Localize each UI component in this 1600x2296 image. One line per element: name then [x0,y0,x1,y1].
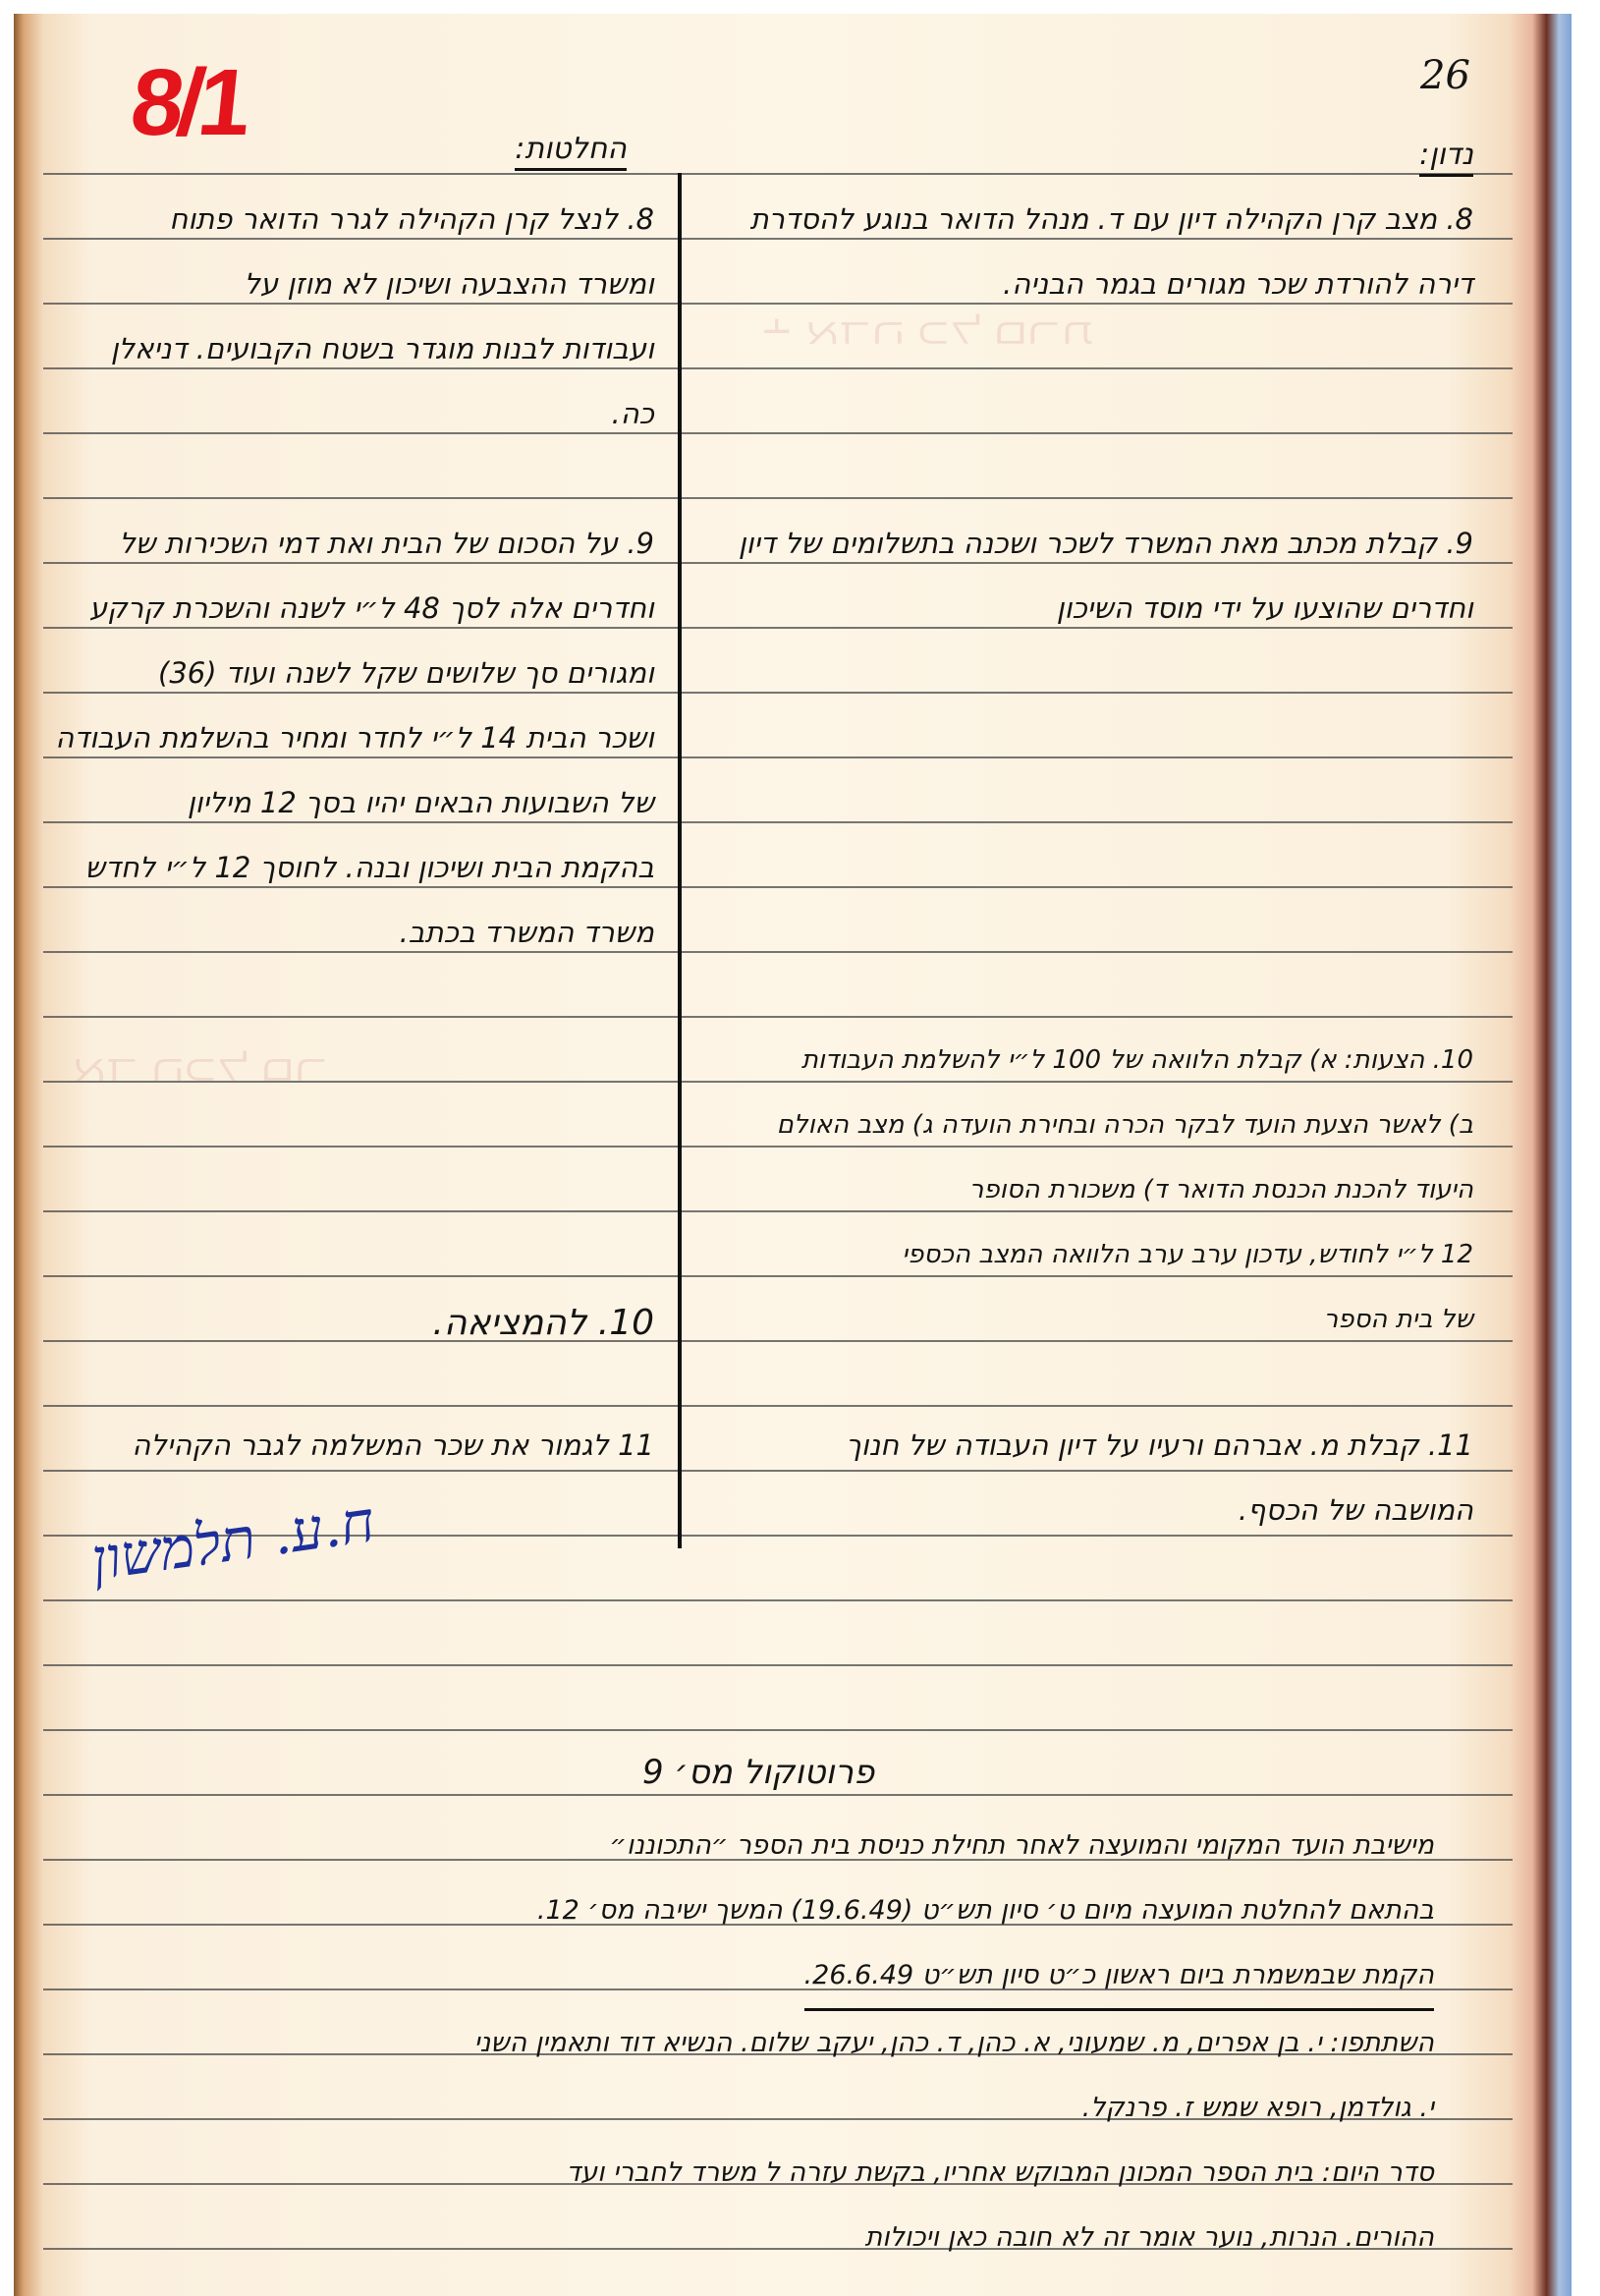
text-line: משרד המשרד בכתב. [55,900,654,965]
archive-mark: 8/1 [126,49,250,157]
text-line: ושכר הבית 14 ל״י לחדר ומחיר בהשלמת העבוד… [55,705,654,770]
agenda-line: סדר היום: בית הספר המכונן המבוקש אחריו, … [474,2141,1434,2206]
text-line: בהתאם להחלטת המועצה מיום ט׳ סיון תש״ט (1… [474,1878,1434,1943]
text-line: 9. קבלת מכתב מאת המשרד לשכר ושכנה בתשלומ… [739,511,1473,576]
text-line: 9. על הסכום של הבית ואת דמי השכירות של [55,511,654,576]
discussion-item-8: 8. מצב קרן הקהילה דיון עם ד. מנהל הדואר … [750,187,1473,316]
ruled-line [43,1016,1513,1018]
ruled-line [43,173,1513,175]
text-line: 12 ל״י לחודש, עדכון ערב ערב הלוואה המצב … [777,1222,1473,1287]
text-line: 11 לגמור את שכר המשלמה לגבר הקהילה [132,1413,654,1478]
decision-item-10: 10. להמציאה. [432,1291,654,1356]
text-line: מישיבת הועד המקומי והמועצה לאחר תחילת כנ… [474,1814,1434,1878]
ruled-line [43,1405,1513,1407]
text-line: דירה להורדת שכר מגורים בגמר הבניה. [750,252,1473,316]
text-line: 8. מצב קרן הקהילה דיון עם ד. מנהל הדואר … [750,187,1473,252]
page-number: 26 [1420,53,1470,98]
discussion-item-11: 11. קבלת מ. אברהם ורעיו על דיון העבודה ש… [846,1413,1473,1542]
text-line: ההורים. הנרות, נוער אומר זה לא חובה כאן … [474,2206,1434,2270]
signature: ח.ע. תלמשון [87,1487,379,1594]
protocol-body: מישיבת הועד המקומי והמועצה לאחר תחילת כנ… [474,1814,1434,2270]
decision-item-9: 9. על הסכום של הבית ואת דמי השכירות של ו… [55,511,654,965]
meeting-date-line: הקמת שבמשמרת ביום ראשון כ״ט סיון תש״ט 26… [804,1943,1434,2011]
notebook-page: ﬡﬢﬣ ﬤﬥ ﬦﬧﬨ ﬩ ﬡﬢ ﬣﬤﬥ ﬦﬧ 8/1 26 החלטות: נד… [14,14,1572,2296]
decision-item-11: 11 לגמור את שכר המשלמה לגבר הקהילה [132,1413,654,1478]
text-line: וחדרים שהוצעו על ידי מוסד השיכון [739,576,1473,641]
discussion-item-10: 10. הצעות: א) קבלת הלוואה של 100 ל״י להש… [777,1028,1473,1352]
ruled-line [43,1664,1513,1666]
text-line: בהקמת הבית ושיכון ובנה. לחוסך 12 ל״י לחד… [55,835,654,900]
text-line: היעוד להכנת הכנסת הדואר ד) משכורת הסופר [777,1157,1473,1222]
text-line: 11. קבלת מ. אברהם ורעיו על דיון העבודה ש… [846,1413,1473,1478]
text-line: המושבה של הכסף. [846,1478,1473,1542]
discussion-item-9: 9. קבלת מכתב מאת המשרד לשכר ושכנה בתשלומ… [739,511,1473,641]
ruled-line [43,1599,1513,1601]
text-line: של השבועות הבאים יהיו בסך 12 מיליון [55,770,654,835]
text-line: וחדרים אלה לסך 48 ל״י לשנה והשכרת קרקע [55,576,654,641]
text-line: ומשרד ההצבעה ושיכון לא מוזן על [111,252,654,316]
attendees-line: י. גולדמן, רופא שמש ז. פרנקל. [474,2076,1434,2141]
ruled-line [43,1794,1513,1796]
text-line: 8. לנצל קרן הקהילה לגרר הדואר פתוח [111,187,654,252]
discussion-column-header: נדון: [1419,138,1473,177]
ruled-line [43,1729,1513,1731]
decisions-column-header: החלטות: [515,132,627,171]
decision-item-8: 8. לנצל קרן הקהילה לגרר הדואר פתוח ומשרד… [111,187,654,446]
text-line: ומגורים סך שלושים שקל לשנה ועוד (36) [55,641,654,705]
text-line: 10. הצעות: א) קבלת הלוואה של 100 ל״י להש… [777,1028,1473,1092]
bleed-through-text: ﬡﬢ ﬣﬤﬥ ﬦﬧ [73,1045,326,1091]
attendees-line: השתתפו: י. בן אפרים, מ. שמעוני, א. כהן, … [474,2011,1434,2076]
text-line: כה. [111,381,654,446]
protocol-title: פרוטוקול מס׳ 9 [642,1753,874,1792]
text-line: 10. להמציאה. [432,1291,654,1356]
text-line: ב) לאשר הצעת הועד לבקר הכרה ובחירת הועדה… [777,1092,1473,1157]
text-line: של בית הספר [777,1287,1473,1352]
ruled-line [43,497,1513,499]
text-line: ועבודות לבנות מוגדר בשטח הקבועים. דניאלן [111,316,654,381]
column-divider [678,173,682,1548]
